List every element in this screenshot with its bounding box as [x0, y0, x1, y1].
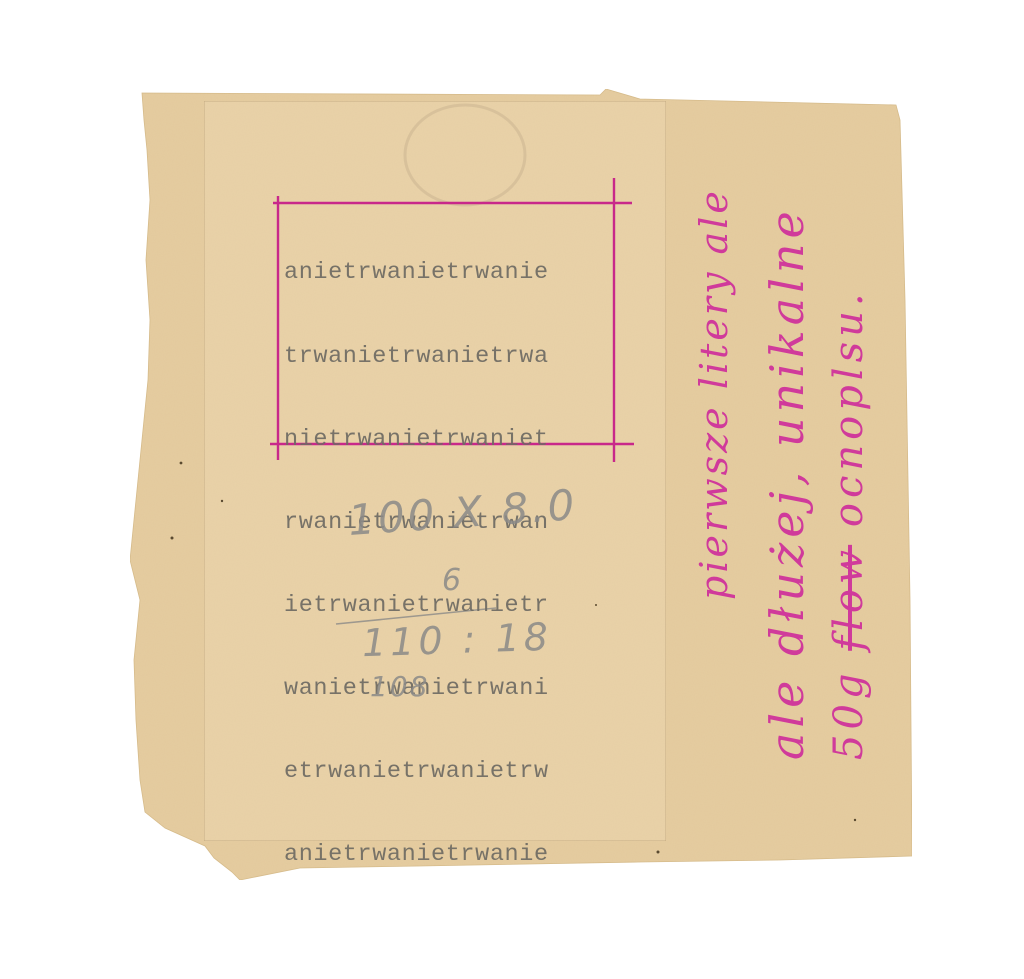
note-struck-word: flow	[826, 545, 872, 651]
typed-line: nietrwanietrwaniet	[284, 426, 624, 454]
pencil-fraction: 110 : 18	[361, 615, 552, 666]
typed-line: trwanietrwanietrwa	[284, 343, 624, 371]
typed-line: wanietrwanietrwani	[284, 675, 624, 703]
pencil-result: 108	[370, 670, 429, 703]
handwritten-note-line-2: ale dłużej, unikalne	[760, 206, 814, 760]
pencil-numerator: 6	[442, 563, 461, 598]
typed-line: anietrwanietrwanie	[284, 841, 624, 869]
handwritten-note-line-3: 50g flow ocnoplsu.	[826, 288, 872, 760]
typed-line: etrwanietrwanietrw	[284, 758, 624, 786]
typed-poem-block: anietrwanietrwanie trwanietrwanietrwa ni…	[284, 204, 624, 896]
note-prefix: 50g	[826, 668, 872, 760]
note-suffix: ocnoplsu.	[826, 288, 872, 527]
typed-line: anietrwanietrwanie	[284, 259, 624, 287]
handwritten-note-line-1: pierwsze litery ale	[692, 188, 736, 600]
